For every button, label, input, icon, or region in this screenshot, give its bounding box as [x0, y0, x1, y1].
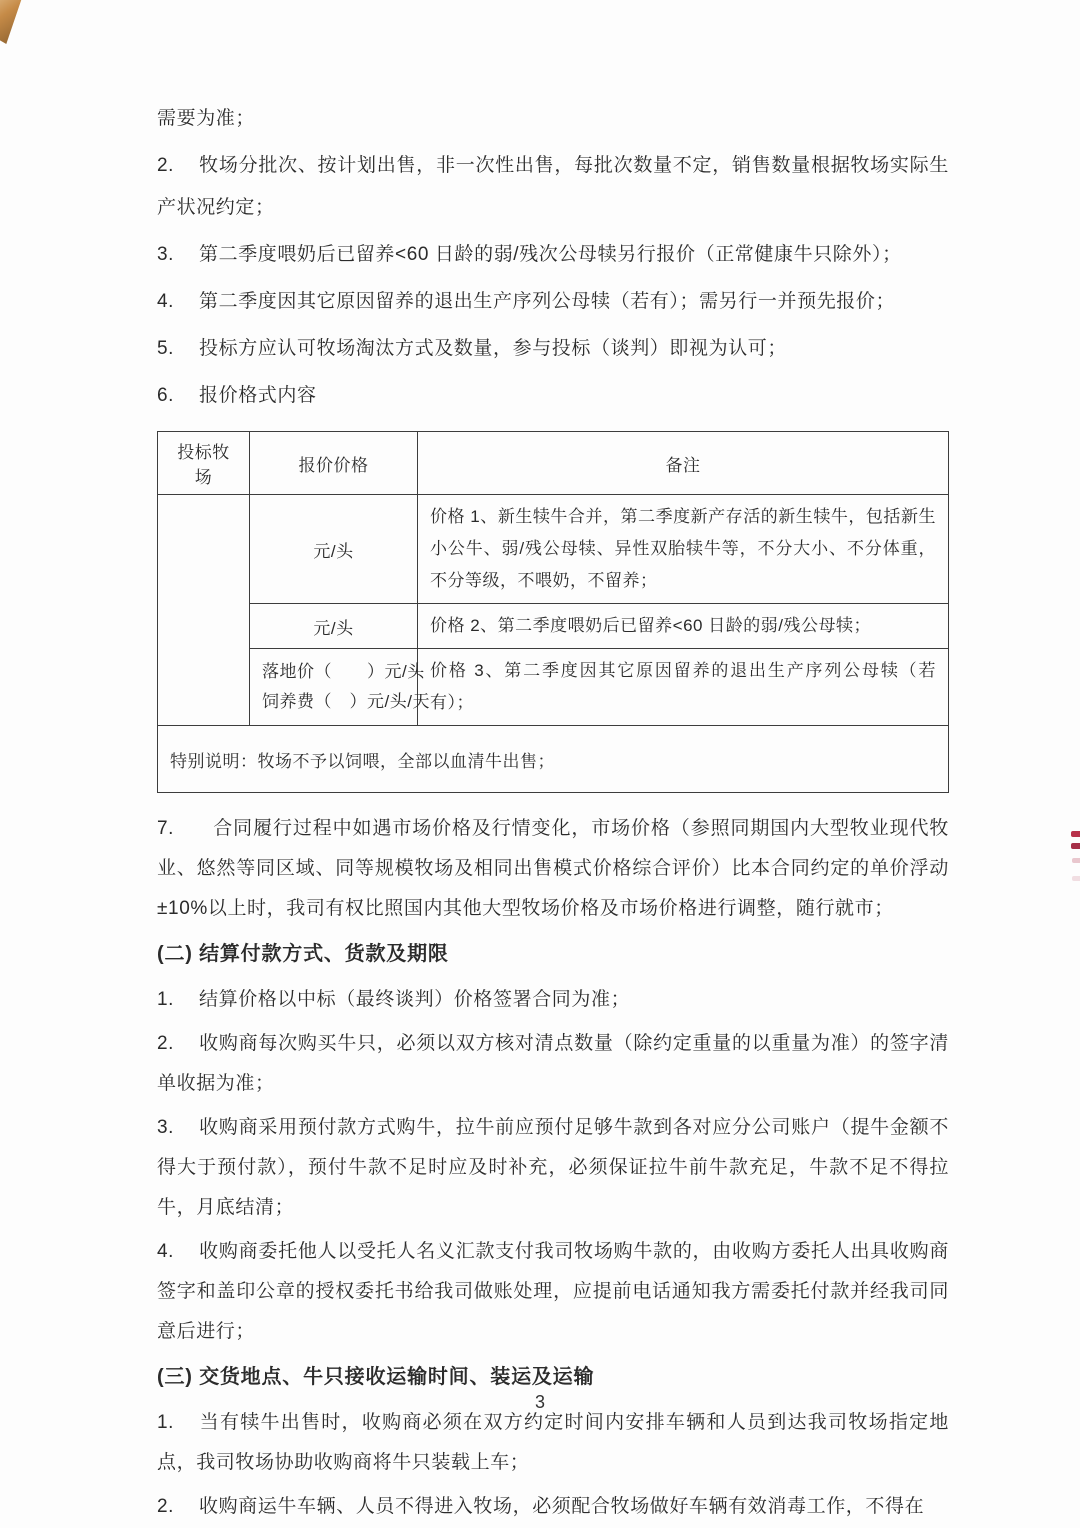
- clause-item-6: 6.报价格式内容: [157, 375, 949, 417]
- clause-number: 2.: [157, 145, 187, 187]
- lower-sections: 7.合同履行过程中如遇市场价格及行情变化，市场价格（参照同期国内大型牧业现代牧业…: [157, 809, 949, 1527]
- bid-quote-table: 投标牧场 报价价格 备注 元/头 价格 1、新生犊牛合并，第二季度新产存活的新生…: [157, 431, 949, 793]
- scanned-contract-page: 需要为准； 2.牧场分批次、按计划出售，非一次性出售，每批次数量不定，销售数量根…: [0, 0, 1080, 1528]
- clause-text: 收购商每次购买牛只，必须以双方核对清点数量（除约定重量的以重量为准）的签字清单收…: [157, 1033, 949, 1094]
- red-edge-mark: [1072, 858, 1080, 863]
- clause-text: 当有犊牛出售时，收购商必须在双方约定时间内安排车辆和人员到达我司牧场指定地点，我…: [157, 1412, 949, 1473]
- payment-item-3: 3.收购商采用预付款方式购牛，拉牛前应预付足够牛款到各对应分公司账户（提牛金额不…: [157, 1108, 949, 1228]
- table-row: 元/头 价格 2、第二季度喂奶后已留养<60 日龄的弱/残公母犊；: [158, 604, 949, 649]
- price-line-feeding: 饲养费（ ）元/头/天: [262, 687, 405, 717]
- clause-item-5: 5.投标方应认可牧场淘汰方式及数量，参与投标（谈判）即视为认可；: [157, 328, 949, 370]
- clause-item-2: 2.牧场分批次、按计划出售，非一次性出售，每批次数量不定，销售数量根据牧场实际生…: [157, 145, 949, 229]
- note-cell: 价格 2、第二季度喂奶后已留养<60 日龄的弱/残公母犊；: [418, 604, 949, 649]
- clause-text: 结算价格以中标（最终谈判）价格签署合同为准；: [199, 989, 630, 1010]
- clause-text: 收购商运牛车辆、人员不得进入牧场，必须配合牧场做好车辆有效消毒工作，不得在: [199, 1496, 924, 1517]
- special-note: 特别说明：牧场不予以饲喂，全部以血清牛出售；: [158, 726, 949, 793]
- clause-number: 3.: [157, 234, 187, 276]
- payment-item-2: 2.收购商每次购买牛只，必须以双方核对清点数量（除约定重量的以重量为准）的签字清…: [157, 1024, 949, 1104]
- clause-item-7: 7.合同履行过程中如遇市场价格及行情变化，市场价格（参照同期国内大型牧业现代牧业…: [157, 809, 949, 929]
- table-special-row: 特别说明：牧场不予以饲喂，全部以血清牛出售；: [158, 726, 949, 793]
- header-price: 报价价格: [250, 432, 418, 495]
- clause-number: 2.: [157, 1024, 187, 1064]
- document-body: 需要为准； 2.牧场分批次、按计划出售，非一次性出售，每批次数量不定，销售数量根…: [157, 98, 949, 1528]
- price-cell: 元/头: [250, 495, 418, 604]
- clause-continuation: 需要为准；: [157, 98, 949, 140]
- header-note: 备注: [418, 432, 949, 495]
- clause-number: 6.: [157, 375, 187, 417]
- clause-number: 3.: [157, 1108, 187, 1148]
- clause-number: 5.: [157, 328, 187, 370]
- delivery-item-2: 2.收购商运牛车辆、人员不得进入牧场，必须配合牧场做好车辆有效消毒工作，不得在: [157, 1487, 949, 1527]
- clause-text: 收购商委托他人以受托人名义汇款支付我司牧场购牛款的，由收购方委托人出具收购商签字…: [157, 1241, 949, 1342]
- page-number: 3: [0, 1392, 1080, 1413]
- payment-item-4: 4.收购商委托他人以受托人名义汇款支付我司牧场购牛款的，由收购方委托人出具收购商…: [157, 1232, 949, 1352]
- clause-number: 1.: [157, 980, 187, 1020]
- clause-text: 需要为准；: [157, 108, 255, 129]
- clause-number: 4.: [157, 1232, 187, 1272]
- scan-corner-artifact: [0, 0, 26, 44]
- red-edge-mark: [1071, 831, 1080, 837]
- clause-text: 合同履行过程中如遇市场价格及行情变化，市场价格（参照同期国内大型牧业现代牧业、悠…: [157, 818, 949, 919]
- price-cell: 落地价（ ）元/头 饲养费（ ）元/头/天: [250, 649, 418, 726]
- clause-text: 第二季度因其它原因留养的退出生产序列公母犊（若有）；需另行一并预先报价；: [199, 291, 895, 312]
- clause-text: 牧场分批次、按计划出售，非一次性出售，每批次数量不定，销售数量根据牧场实际生产状…: [157, 155, 949, 218]
- table-row: 元/头 价格 1、新生犊牛合并，第二季度新产存活的新生犊牛，包括新生小公牛、弱/…: [158, 495, 949, 604]
- section-heading-payment: (二) 结算付款方式、货款及期限: [157, 933, 949, 975]
- clause-number: 4.: [157, 281, 187, 323]
- clause-item-4: 4.第二季度因其它原因留养的退出生产序列公母犊（若有）；需另行一并预先报价；: [157, 281, 949, 323]
- red-edge-mark: [1071, 843, 1080, 849]
- clause-text: 投标方应认可牧场淘汰方式及数量，参与投标（谈判）即视为认可；: [199, 338, 787, 359]
- farm-cell: [158, 495, 250, 726]
- price-cell: 元/头: [250, 604, 418, 649]
- table-header-row: 投标牧场 报价价格 备注: [158, 432, 949, 495]
- clause-text: 收购商采用预付款方式购牛，拉牛前应预付足够牛款到各对应分公司账户（提牛金额不得大…: [157, 1117, 949, 1218]
- note-cell: 价格 1、新生犊牛合并，第二季度新产存活的新生犊牛，包括新生小公牛、弱/残公母犊…: [418, 495, 949, 604]
- header-farm: 投标牧场: [158, 432, 250, 495]
- clause-item-3: 3.第二季度喂奶后已留养<60 日龄的弱/残次公母犊另行报价（正常健康牛只除外）…: [157, 234, 949, 276]
- clause-text: 第二季度喂奶后已留养<60 日龄的弱/残次公母犊另行报价（正常健康牛只除外）；: [199, 244, 902, 265]
- clause-number: 7.: [157, 809, 201, 849]
- clause-text: 报价格式内容: [199, 385, 317, 406]
- payment-item-1: 1.结算价格以中标（最终谈判）价格签署合同为准；: [157, 980, 949, 1020]
- table-row: 落地价（ ）元/头 饲养费（ ）元/头/天 价格 3、第二季度因其它原因留养的退…: [158, 649, 949, 726]
- red-edge-mark: [1072, 876, 1080, 881]
- clause-number: 2.: [157, 1487, 187, 1527]
- delivery-item-1: 1.当有犊牛出售时，收购商必须在双方约定时间内安排车辆和人员到达我司牧场指定地点…: [157, 1403, 949, 1483]
- note-cell: 价格 3、第二季度因其它原因留养的退出生产序列公母犊（若有）；: [418, 649, 949, 726]
- price-line-landed: 落地价（ ）元/头: [262, 657, 405, 687]
